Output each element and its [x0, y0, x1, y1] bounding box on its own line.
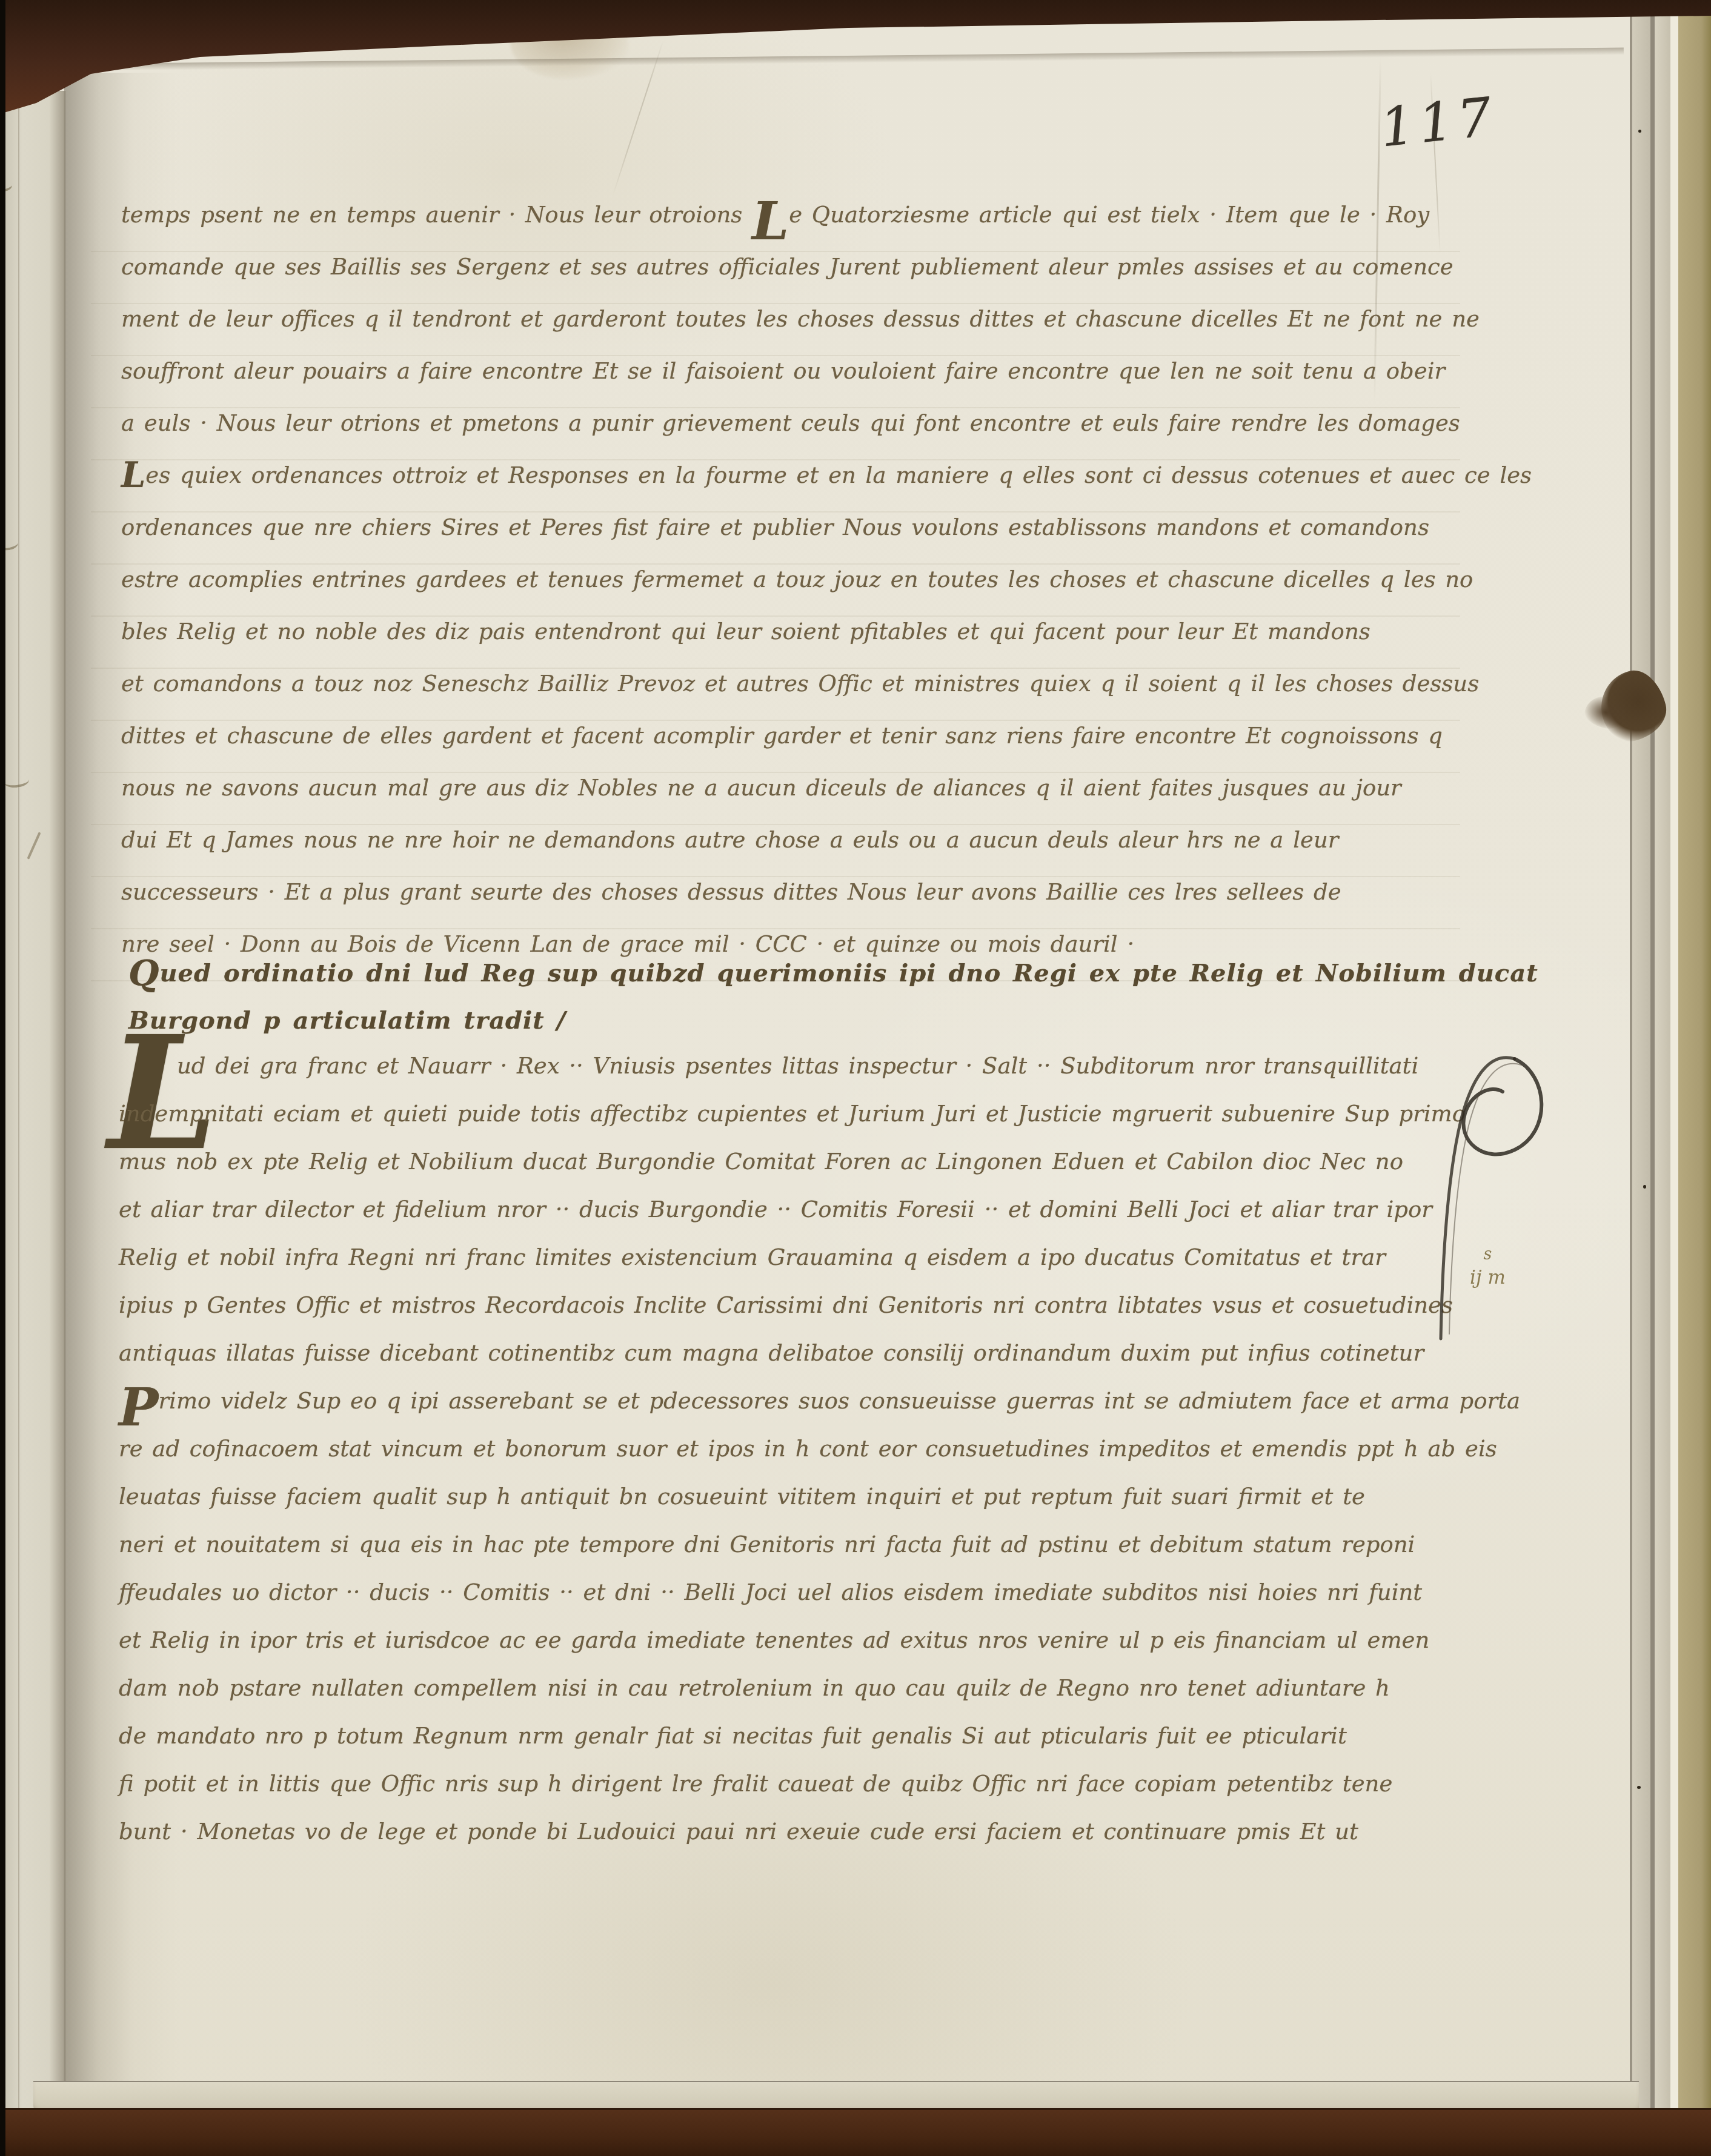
manuscript-line: bunt · Monetas vo de lege et ponde bi Lu…	[119, 1808, 1452, 1856]
manuscript-line: a euls · Nous leur otrions et pmetons a …	[121, 397, 1442, 449]
manuscript-line: estre acomplies entrines gardees et tenu…	[121, 554, 1442, 606]
french-text-block: temps psent ne en temps auenir · Nous le…	[121, 189, 1442, 970]
manuscript-line: ud dei gra franc et Nauarr · Rex ·· Vniu…	[119, 1042, 1452, 1090]
manuscript-line: bles Relig et no noble des diz pais ente…	[121, 606, 1442, 658]
manuscript-line: dui Et q James nous ne nre hoir ne deman…	[121, 814, 1442, 866]
margin-paraph-mark	[1423, 1049, 1562, 1367]
manuscript-photo: 117 temps psent ne en temps auenir · Nou…	[0, 0, 1711, 2156]
manuscript-line: souffront aleur pouairs a faire encontre…	[121, 345, 1442, 397]
speck	[1643, 1185, 1646, 1189]
manuscript-line: et comandons a touz noz Seneschz Bailliz…	[121, 658, 1442, 710]
facing-page-ink-fragment	[27, 832, 41, 859]
facing-page-ruled-line	[18, 91, 19, 2112]
manuscript-line: dittes et chascune de elles gardent et f…	[121, 710, 1442, 762]
manuscript-line: successeurs · Et a plus grant seurte des…	[121, 866, 1442, 918]
latin-text-block: ud dei gra franc et Nauarr · Rex ·· Vniu…	[119, 1042, 1452, 1856]
manuscript-line: leuatas fuisse faciem qualit sup h antiq…	[119, 1473, 1452, 1521]
page-edge-stack	[1632, 0, 1650, 2156]
under-page-edge	[1678, 0, 1711, 2156]
facing-page-ink-fragment	[3, 773, 30, 789]
speck	[1637, 1786, 1641, 1789]
manuscript-line: Les quiex ordenances ottroiz et Response…	[121, 449, 1442, 502]
page-edge-line	[1650, 0, 1655, 2156]
manuscript-line: fi potit et in littis que Offic nris sup…	[119, 1760, 1452, 1808]
rubric-line: Burgond p articulatim tradit /	[128, 997, 1538, 1044]
manuscript-line: comande que ses Baillis ses Sergenz et s…	[121, 241, 1442, 293]
manuscript-line: ordenances que nre chiers Sires et Peres…	[121, 502, 1442, 554]
manuscript-line: indempnitati eciam et quieti puide totis…	[119, 1090, 1452, 1138]
manuscript-line: temps psent ne en temps auenir · Nous le…	[121, 189, 1442, 241]
speck	[1638, 130, 1641, 133]
initial-capital: Q	[128, 953, 160, 994]
manuscript-line: ipius p Gentes Offic et mistros Recordac…	[119, 1281, 1452, 1329]
manuscript-line: antiquas illatas fuisse dicebant cotinen…	[119, 1329, 1452, 1377]
manuscript-line: dam nob pstare nullaten compellem nisi i…	[119, 1664, 1452, 1712]
manuscript-line: re ad cofinacoem stat vincum et bonorum …	[119, 1425, 1452, 1473]
facing-page-edge	[0, 91, 65, 2112]
rubric-block: Qued ordinatio dni lud Reg sup quibzd qu…	[128, 950, 1538, 1044]
manuscript-line: neri et nouitatem si qua eis in hac pte …	[119, 1521, 1452, 1568]
manuscript-line: Primo videlz Sup eo q ipi asserebant se …	[119, 1377, 1452, 1425]
page-edge-stack	[1655, 0, 1670, 2156]
fore-edge-pages	[1630, 0, 1711, 2156]
manuscript-line: de mandato nro p totum Regnum nrm genalr…	[119, 1712, 1452, 1760]
manuscript-line: et Relig in ipor tris et iurisdcoe ac ee…	[119, 1616, 1452, 1664]
initial-capital: L	[121, 454, 145, 496]
margin-note: s ij m	[1470, 1243, 1506, 1289]
manuscript-line: Relig et nobil infra Regni nri franc lim…	[119, 1233, 1452, 1281]
binding-leather-bottom	[0, 2108, 1711, 2156]
folio-number: 117	[1377, 85, 1500, 159]
manuscript-line: ffeudales uo dictor ·· ducis ·· Comitis …	[119, 1568, 1452, 1616]
page-edge-sliver	[1670, 0, 1678, 2156]
manuscript-line: mus nob ex pte Relig et Nobilium ducat B…	[119, 1138, 1452, 1186]
manuscript-line: nous ne savons aucun mal gre aus diz Nob…	[121, 762, 1442, 814]
rubric-line: Qued ordinatio dni lud Reg sup quibzd qu…	[128, 950, 1538, 997]
manuscript-line: ment de leur offices q il tendront et ga…	[121, 293, 1442, 345]
manuscript-line: et aliar trar dilector et fidelium nror …	[119, 1186, 1452, 1233]
scan-left-border	[0, 0, 5, 2156]
